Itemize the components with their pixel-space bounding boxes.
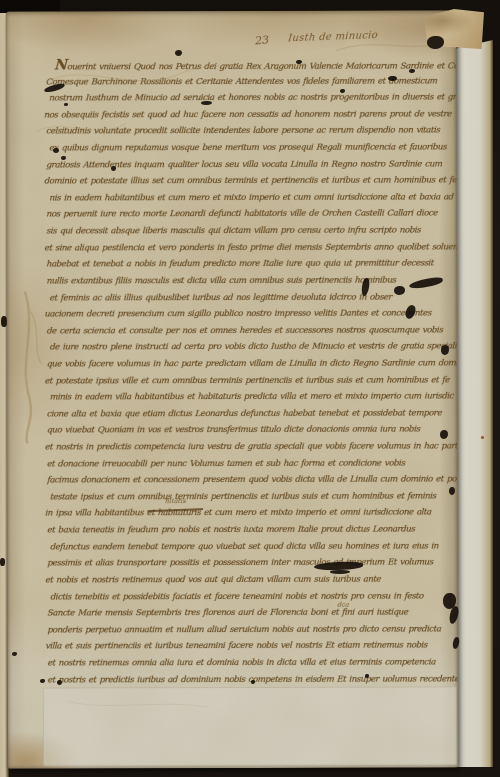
blank-lower-patch (43, 686, 457, 766)
manuscript-line: et nobis et nostris retinemus quod vos a… (45, 571, 456, 589)
manuscript-line: uacionem decreti presencium cum sigillo … (44, 306, 455, 324)
interlinear-addition: hitatis (165, 497, 187, 505)
manuscript-line: habebat et tenebat a nobis in feudum pre… (46, 256, 455, 274)
manuscript-line: sis qui decessit absque liberis masculis… (46, 223, 455, 241)
manuscript-line: ex quibus dignum reputamus vosque bene m… (49, 139, 455, 157)
manuscript-line: et baxia teneatis in feudum pro nobis et… (47, 521, 456, 539)
manuscript-line: nos obsequiis fecistis set quod ad huc f… (44, 106, 455, 124)
manuscript-line: et sine aliqua pestilencia et vero ponde… (44, 239, 455, 257)
water-stain (31, 312, 41, 364)
red-speck (481, 436, 484, 439)
manuscript-line: testate ipsius et cum omnibus terminis p… (50, 488, 456, 506)
manuscript-line: et nostris retinemus omnia alia iura et … (47, 654, 456, 672)
manuscript-line: de certa sciencia et consulte per nos et… (46, 322, 455, 340)
folio-number: 23 (255, 33, 270, 47)
manuscript-text: Nouerint vniuersi Quod nos Petrus dei gr… (46, 56, 456, 688)
manuscript-line: villa et suis pertinenciis et iuribus te… (45, 638, 456, 656)
manuscript-line: et nostris in predictis competencia iura… (45, 438, 456, 456)
manuscript-line: facimus donacionem et concessionem prese… (47, 472, 456, 490)
manuscript-line: et donacione irreuocabili per nunc Volum… (47, 455, 456, 473)
manuscript-line: celsitudinis voluntate procedit sollicit… (46, 123, 455, 141)
manuscript-line: minis in eadem villa habitantibus et hab… (49, 389, 455, 407)
manuscript-line: ponderis perpetuo annuatim et nullum ali… (47, 621, 456, 639)
manuscript-line: de iure nostro plene instructi ad certa … (49, 339, 455, 357)
manuscript-line: pessimis et alias transportare possitis … (47, 555, 456, 573)
archival-note: Iusth de minucio (288, 30, 379, 44)
manuscript-line: dominio et potestate illius set cum omni… (44, 173, 455, 191)
manuscript-line: gratiosis Attendentes inquam qualiter lo… (46, 156, 455, 174)
manuscript-line: Nouerint vniuersi Quod nos Petrus dei gr… (46, 56, 455, 74)
manuscript-line: dictis tenebitis et possidebitis faciati… (50, 588, 456, 606)
manuscript-line: que vobis facere volumus in hac parte pr… (46, 355, 455, 373)
manuscript-photo: 23 Iusth de minucio Nouerint vniuersi Qu… (0, 0, 500, 777)
binding-mark (0, 558, 5, 566)
manuscript-line: et potestate ipsius ville et cum omnibus… (44, 372, 455, 390)
manuscript-line: nos peruenit iure recto morte Leonardi d… (46, 206, 455, 224)
manuscript-line: cione alta et baxia que etiam dictus Leo… (47, 405, 456, 423)
interlinear-addition: dca (337, 601, 350, 609)
water-stain (25, 292, 31, 444)
manuscript-line: nostrum Iusthum de Minucio ad seruicia e… (49, 90, 455, 108)
manuscript-page: 23 Iusth de minucio Nouerint vniuersi Qu… (6, 10, 458, 768)
manuscript-line: Sancte Marie mensis Septembris tres flor… (47, 605, 456, 623)
manuscript-line: quo viuebat Quoniam in vos et vestros tr… (47, 422, 456, 440)
manuscript-line: defunctus eandem tenebat tempore quo viu… (50, 538, 456, 556)
manuscript-line: in ipsa villa habitantibus et habitaturi… (45, 505, 456, 523)
manuscript-line: nis in eadem habitantibus et cum mero et… (49, 189, 455, 207)
